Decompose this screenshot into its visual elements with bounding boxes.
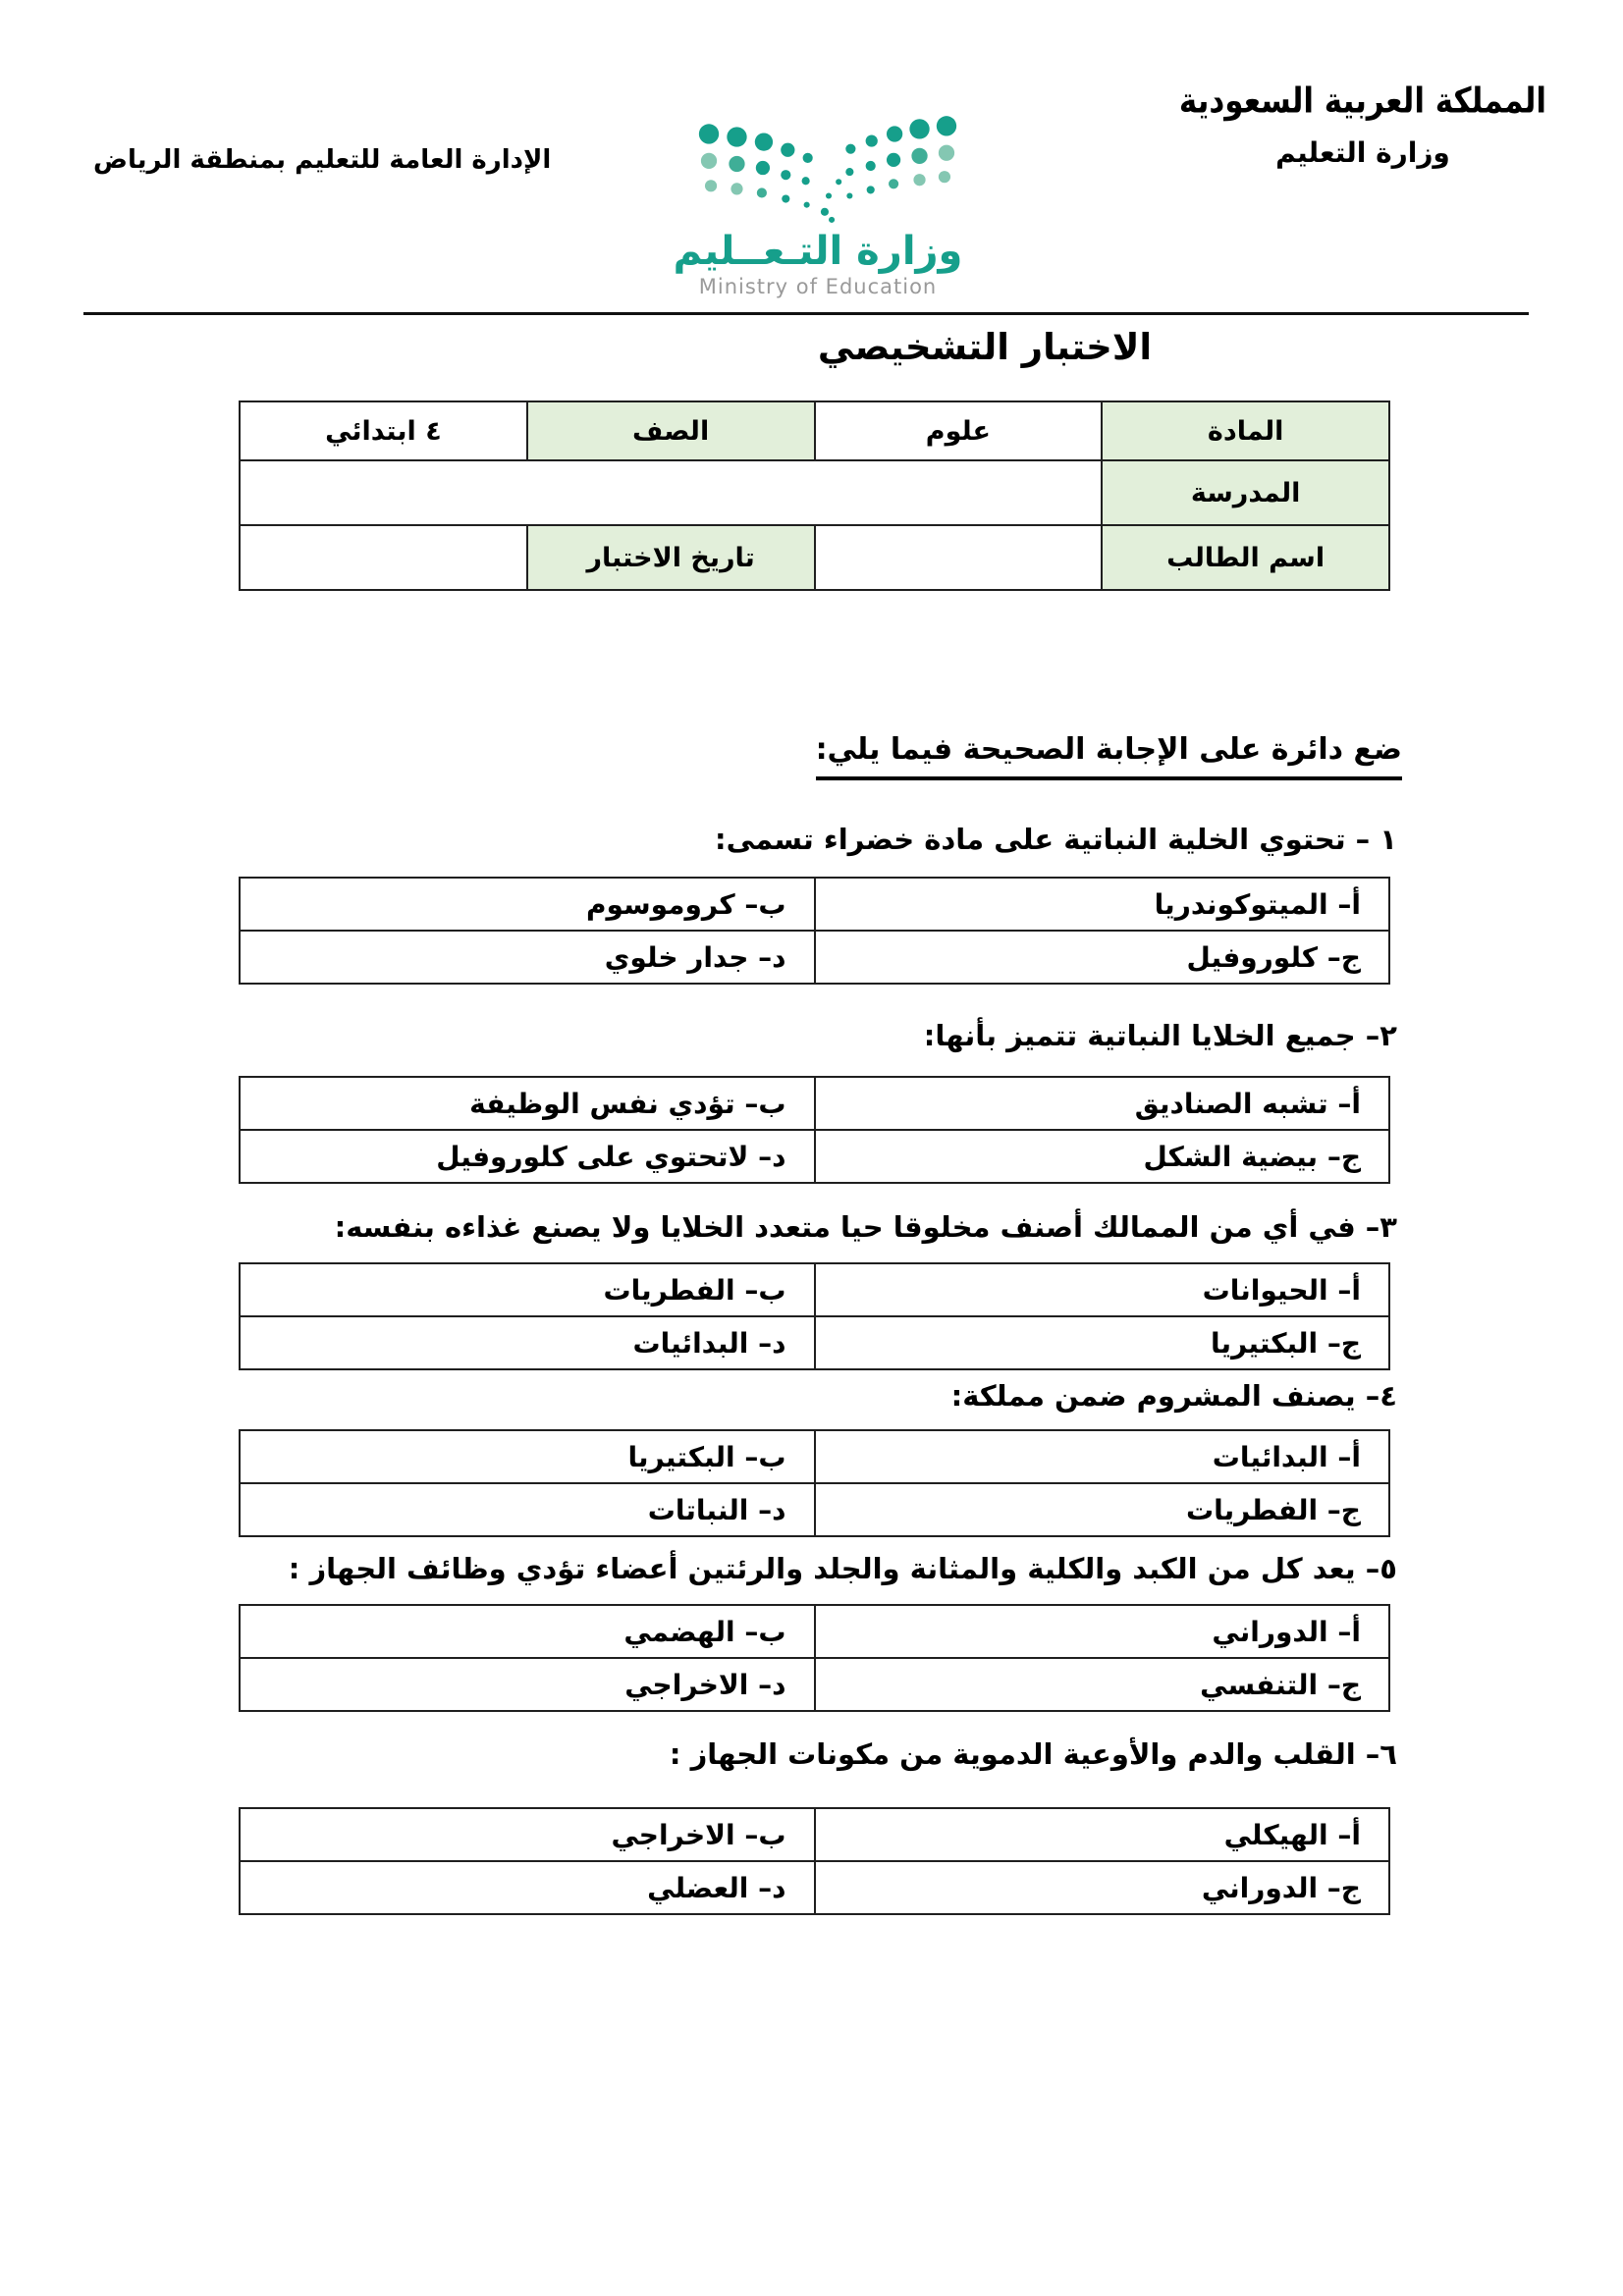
answer-option-b[interactable]: ب– الاخراجي bbox=[240, 1808, 815, 1861]
exam-document-page: الإدارة العامة للتعليم بمنطقة الرياض وزا… bbox=[0, 0, 1623, 2296]
exam-date-label: تاريخ الاختبار bbox=[527, 525, 815, 590]
subject-label: المادة bbox=[1102, 401, 1389, 460]
question-2-text: ٢– جميع الخلايا النباتية تتميز بأنها: bbox=[924, 1019, 1397, 1052]
student-name-label: اسم الطالب bbox=[1102, 525, 1389, 590]
moe-logo-dots-icon bbox=[690, 106, 965, 226]
exam-info-table: المادة علوم الصف ٤ ابتدائي المدرسة اسم ا… bbox=[239, 400, 1390, 591]
question-6-text: ٦– القلب والدم والأوعية الدموية من مكونا… bbox=[670, 1737, 1397, 1771]
question-4-answers-table: أ– البدائيات ب– البكتيريا ج– الفطريات د–… bbox=[239, 1429, 1390, 1537]
question-5-text: ٥– يعد كل من الكبد والكلية والمثانة والج… bbox=[289, 1552, 1397, 1585]
answer-option-a[interactable]: أ– الهيكلي bbox=[815, 1808, 1390, 1861]
question-4-text: ٤– يصنف المشروم ضمن مملكة: bbox=[951, 1379, 1397, 1413]
page-title: الاختبار التشخيصي bbox=[818, 326, 1152, 368]
answer-option-c[interactable]: ج– الدوراني bbox=[815, 1861, 1390, 1914]
answer-option-c[interactable]: ج– الفطريات bbox=[815, 1483, 1390, 1536]
answer-option-a[interactable]: أ– تشبه الصناديق bbox=[815, 1077, 1390, 1130]
answer-option-d[interactable]: د– العضلي bbox=[240, 1861, 815, 1914]
grade-value: ٤ ابتدائي bbox=[240, 401, 527, 460]
student-name-field[interactable] bbox=[815, 525, 1103, 590]
header-divider-line bbox=[83, 312, 1529, 315]
answer-option-b[interactable]: ب– البكتيريا bbox=[240, 1430, 815, 1483]
answer-option-d[interactable]: د– النباتات bbox=[240, 1483, 815, 1536]
answer-option-a[interactable]: أ– الدوراني bbox=[815, 1605, 1390, 1658]
education-admin-region-text: الإدارة العامة للتعليم بمنطقة الرياض bbox=[93, 145, 551, 175]
question-3-answers-table: أ– الحيوانات ب– الفطريات ج– البكتيريا د–… bbox=[239, 1262, 1390, 1370]
grade-label: الصف bbox=[527, 401, 815, 460]
moe-wordmark-text: وزارة التـعــليم bbox=[636, 230, 1000, 273]
answer-option-c[interactable]: ج– بيضية الشكل bbox=[815, 1130, 1390, 1183]
question-2-answers-table: أ– تشبه الصناديق ب– تؤدي نفس الوظيفة ج– … bbox=[239, 1076, 1390, 1184]
answer-option-c[interactable]: ج– التنفسي bbox=[815, 1658, 1390, 1711]
answer-option-c[interactable]: ج– كلوروفيل bbox=[815, 931, 1390, 984]
answer-option-b[interactable]: ب– كروموسوم bbox=[240, 878, 815, 931]
answer-option-b[interactable]: ب– الهضمي bbox=[240, 1605, 815, 1658]
question-1-answers-table: أ– الميتوكوندريا ب– كروموسوم ج– كلوروفيل… bbox=[239, 877, 1390, 985]
school-label: المدرسة bbox=[1102, 460, 1389, 525]
question-1-text: ١ – تحتوي الخلية النباتية على مادة خضراء… bbox=[715, 823, 1397, 856]
answer-option-b[interactable]: ب– تؤدي نفس الوظيفة bbox=[240, 1077, 815, 1130]
question-3-text: ٣– في أي من الممالك أصنف مخلوقا حيا متعد… bbox=[335, 1210, 1397, 1244]
answer-option-d[interactable]: د– الاخراجي bbox=[240, 1658, 815, 1711]
answer-option-a[interactable]: أ– الميتوكوندريا bbox=[815, 878, 1390, 931]
moe-logo: وزارة التـعــليم Ministry of Education bbox=[597, 106, 1000, 298]
ksa-kingdom-calligraphy-text: المملكة العربية السعودية bbox=[1152, 78, 1574, 127]
school-value-field[interactable] bbox=[240, 460, 1102, 525]
instruction-text: ضع دائرة على الإجابة الصحيحة فيما يلي: bbox=[816, 732, 1402, 780]
subject-value: علوم bbox=[815, 401, 1103, 460]
answer-option-c[interactable]: ج– البكتيريا bbox=[815, 1316, 1390, 1369]
answer-option-d[interactable]: د– لاتحتوي على كلوروفيل bbox=[240, 1130, 815, 1183]
answer-option-a[interactable]: أ– الحيوانات bbox=[815, 1263, 1390, 1316]
ksa-emblem: المملكة العربية السعودية وزارة التعليم bbox=[1152, 80, 1574, 169]
answer-option-d[interactable]: د– البدائيات bbox=[240, 1316, 815, 1369]
question-6-answers-table: أ– الهيكلي ب– الاخراجي ج– الدوراني د– ال… bbox=[239, 1807, 1390, 1915]
moe-english-text: Ministry of Education bbox=[636, 275, 1000, 298]
answer-option-b[interactable]: ب– الفطريات bbox=[240, 1263, 815, 1316]
ksa-ministry-text: وزارة التعليم bbox=[1152, 136, 1574, 169]
exam-date-field[interactable] bbox=[240, 525, 527, 590]
answer-option-a[interactable]: أ– البدائيات bbox=[815, 1430, 1390, 1483]
answer-option-d[interactable]: د– جدار خلوي bbox=[240, 931, 815, 984]
question-5-answers-table: أ– الدوراني ب– الهضمي ج– التنفسي د– الاخ… bbox=[239, 1604, 1390, 1712]
